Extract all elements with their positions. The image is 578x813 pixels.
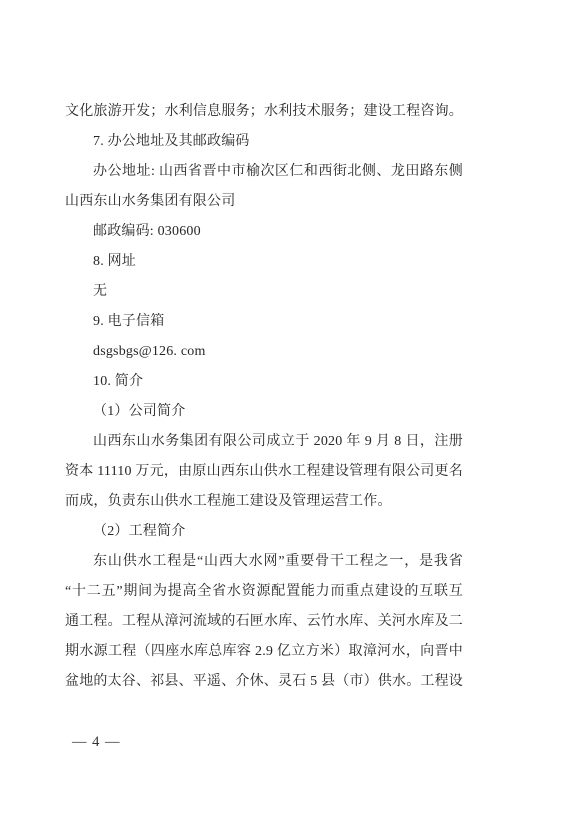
text-line: 期水源工程（四座水库总库容 2.9 亿立方米）取漳河水，向晋中 [65, 637, 463, 667]
text-line: 而成，负责东山供水工程施工建设及管理运营工作。 [65, 487, 463, 517]
text-line: 资本 11110 万元，由原山西东山供水工程建设管理有限公司更名 [65, 457, 463, 487]
text-line: dsgsbgs@126. com [65, 337, 463, 367]
text-line: 通工程。工程从漳河流域的石匣水库、云竹水库、关河水库及二 [65, 607, 463, 637]
text-line: 盆地的太谷、祁县、平遥、介休、灵石 5 县（市）供水。工程设 [65, 667, 463, 697]
text-line: 8. 网址 [65, 247, 463, 277]
text-line: 无 [65, 277, 463, 307]
text-line: 山西东山水务集团有限公司 [65, 187, 463, 217]
text-line: （2）工程简介 [65, 517, 463, 547]
text-line: 文化旅游开发；水利信息服务；水利技术服务；建设工程咨询。 [65, 97, 463, 127]
document-body: 文化旅游开发；水利信息服务；水利技术服务；建设工程咨询。7. 办公地址及其邮政编… [65, 97, 463, 697]
text-line: 办公地址: 山西省晋中市榆次区仁和西街北侧、龙田路东侧 [65, 157, 463, 187]
document-page: 文化旅游开发；水利信息服务；水利技术服务；建设工程咨询。7. 办公地址及其邮政编… [0, 0, 578, 813]
text-line: 邮政编码: 030600 [65, 217, 463, 247]
text-line: 9. 电子信箱 [65, 307, 463, 337]
text-line: 10. 简介 [65, 367, 463, 397]
text-line: 东山供水工程是“山西大水网”重要骨干工程之一，是我省 [65, 547, 463, 577]
page-number: — 4 — [72, 733, 121, 751]
text-line: 山西东山水务集团有限公司成立于 2020 年 9 月 8 日，注册 [65, 427, 463, 457]
text-line: （1）公司简介 [65, 397, 463, 427]
text-line: “十二五”期间为提高全省水资源配置能力而重点建设的互联互 [65, 577, 463, 607]
text-line: 7. 办公地址及其邮政编码 [65, 127, 463, 157]
